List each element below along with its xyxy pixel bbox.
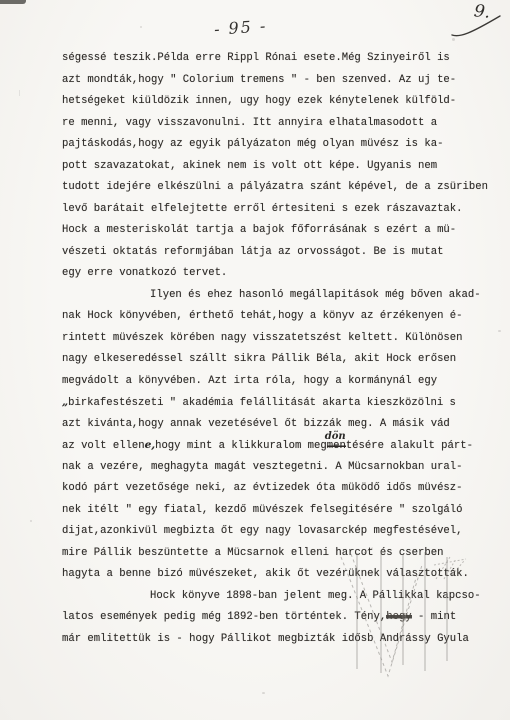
text-line: Hock könyve 1898-ban jelent meg. A Pálli… (62, 586, 498, 608)
text-line: levő barátait elfelejtette erről értesit… (62, 199, 498, 221)
text-segment: Hock a mesteriskolát tartja a bajok főfo… (62, 224, 456, 236)
text-line: nagy elkeseredéssel szállt sikra Pállik … (62, 349, 498, 371)
text-segment: hagyta a benne bizó müvészeket, akik őt … (62, 568, 469, 580)
corner-note-text: 9. (473, 1, 491, 23)
text-segment: rintett müvészek körében nagy visszatets… (62, 332, 463, 344)
text-segment: vészeti oktatás reformjában látja az orv… (62, 246, 443, 258)
text-line: rintett müvészek körében nagy visszatets… (62, 328, 498, 350)
text-segment: kodó párt vezetősége neki, az évtizedek … (62, 482, 463, 494)
text-segment: nek itélt " egy fiatal, kezdő müvészek f… (62, 504, 463, 516)
text-line: pajtáskodás,hogy az egyik pályázaton még… (62, 134, 498, 156)
paragraph: ségessé teszik.Példa erre Rippl Rónai es… (62, 48, 498, 285)
text-segment: Hock könyve 1898-ban jelent meg. A Pálli… (150, 590, 481, 602)
text-segment: pajtáskodás,hogy az egyik pályázaton még… (62, 138, 443, 150)
paper-speck (498, 330, 501, 332)
text-line: azt kivánta,hogy annak vezetésével őt bi… (62, 414, 498, 436)
text-segment: tésére alakult párt- (346, 440, 473, 452)
text-segment: levő barátait elfelejtette erről értesit… (62, 203, 463, 215)
text-line: hetségeket kiüldözik innen, ugy hogy eze… (62, 91, 498, 113)
paper-speck (19, 90, 20, 96)
text-segment: re menni, vagy visszavonulni. Itt annyir… (62, 117, 437, 129)
text-line: latos események pedig még 1892-ben törté… (62, 607, 498, 629)
text-segment: az volt ellen (62, 440, 145, 452)
text-line: az volt ellene,hogy mint a klikkuralom m… (62, 435, 498, 457)
text-segment: hogy mint a klikkuralom meg (155, 440, 327, 452)
text-segment: egy erre vonatkozó tervet. (62, 267, 227, 279)
text-segment: már emlitettük is - hogy Pállikot megbiz… (62, 633, 469, 645)
text-segment: latos események pedig még 1892-ben törté… (62, 611, 386, 623)
text-segment: pott szavazatokat, akinek nem is volt ot… (62, 160, 437, 172)
text-line: „birkafestészeti " akadémia felállitását… (62, 392, 498, 414)
text-line: re menni, vagy visszavonulni. Itt annyir… (62, 113, 498, 135)
text-segment: ségessé teszik.Példa erre Rippl Rónai es… (62, 52, 450, 64)
text-line: Hock a mesteriskolát tartja a bajok főfo… (62, 220, 498, 242)
text-line: azt mondták,hogy " Colorium tremens " - … (62, 70, 498, 92)
corner-page-annotation: 9. (450, 2, 502, 42)
text-segment: hetségeket kiüldözik innen, ugy hogy eze… (62, 95, 456, 107)
text-line: dijat,azonkivül megbizta őt egy nagy lov… (62, 521, 498, 543)
text-line: mire Pállik beszüntette a Mücsarnok elle… (62, 543, 498, 565)
text-line: Ilyen és ehez hasonló megállapitások még… (62, 285, 498, 307)
text-line: kodó párt vezetősége neki, az évtizedek … (62, 478, 498, 500)
paper-speck (452, 38, 455, 41)
text-line: nak a vezére, meghagyta magát vesztegetn… (62, 457, 498, 479)
text-segment: megvádolt a könyvében. Azt irta róla, ho… (62, 375, 437, 387)
text-segment: nak Hock könyvében, érthető tehát,hogy a… (62, 310, 463, 322)
text-segment: azt mondták,hogy " Colorium tremens " - … (62, 74, 456, 86)
paper-speck (140, 26, 142, 28)
text-line: tudott idejére elkészülni a pályázatra s… (62, 177, 498, 199)
document-page: - 95 - 9. ségessé teszik.Példa erre Ripp… (0, 0, 510, 720)
text-line: nek itélt " egy fiatal, kezdő müvészek f… (62, 500, 498, 522)
text-segment: azt kivánta,hogy annak vezetésével őt bi… (62, 418, 450, 430)
text-line: már emlitettük is - hogy Pállikot megbiz… (62, 629, 498, 651)
scanned-page: { "page": { "page_number": "- 95 -", "co… (0, 0, 510, 720)
page-number: - 95 - (213, 16, 268, 39)
text-segment: Ilyen és ehez hasonló megállapitások még… (150, 289, 481, 301)
text-line: hagyta a benne bizó müvészeket, akik őt … (62, 564, 498, 586)
text-segment: nagy elkeseredéssel szállt sikra Pállik … (62, 353, 456, 365)
typewritten-text: ségessé teszik.Példa erre Rippl Rónai es… (62, 48, 498, 650)
text-segment: - mint (412, 611, 457, 623)
text-segment: dijat,azonkivül megbizta őt egy nagy lov… (62, 525, 463, 537)
text-line: egy erre vonatkozó tervet. (62, 263, 498, 285)
paragraph: Ilyen és ehez hasonló megállapitások még… (62, 285, 498, 586)
scan-artifact-topleft (0, 0, 26, 4)
handwritten-correction: dön (325, 426, 346, 448)
paper-speck (262, 692, 265, 694)
text-line: megvádolt a könyvében. Azt irta róla, ho… (62, 371, 498, 393)
paper-speck (75, 96, 77, 99)
text-segment: tudott idejére elkészülni a pályázatra s… (62, 181, 488, 193)
text-line: ségessé teszik.Példa erre Rippl Rónai es… (62, 48, 498, 70)
text-line: nak Hock könyvében, érthető tehát,hogy a… (62, 306, 498, 328)
paragraph: Hock könyve 1898-ban jelent meg. A Pálli… (62, 586, 498, 651)
paper-speck (30, 520, 32, 522)
text-segment: mire Pállik beszüntette a Mücsarnok elle… (62, 547, 443, 559)
text-segment: nak a vezére, meghagyta magát vesztegetn… (62, 461, 463, 473)
text-line: vészeti oktatás reformjában látja az orv… (62, 242, 498, 264)
handwritten-insertion: e, (145, 439, 155, 451)
text-line: pott szavazatokat, akinek nem is volt ot… (62, 156, 498, 178)
blacked-out-text: hogy (386, 611, 411, 623)
corrected-text: mendön (327, 436, 346, 458)
text-segment: birkafestészeti " akadémia felállitását … (68, 397, 456, 409)
